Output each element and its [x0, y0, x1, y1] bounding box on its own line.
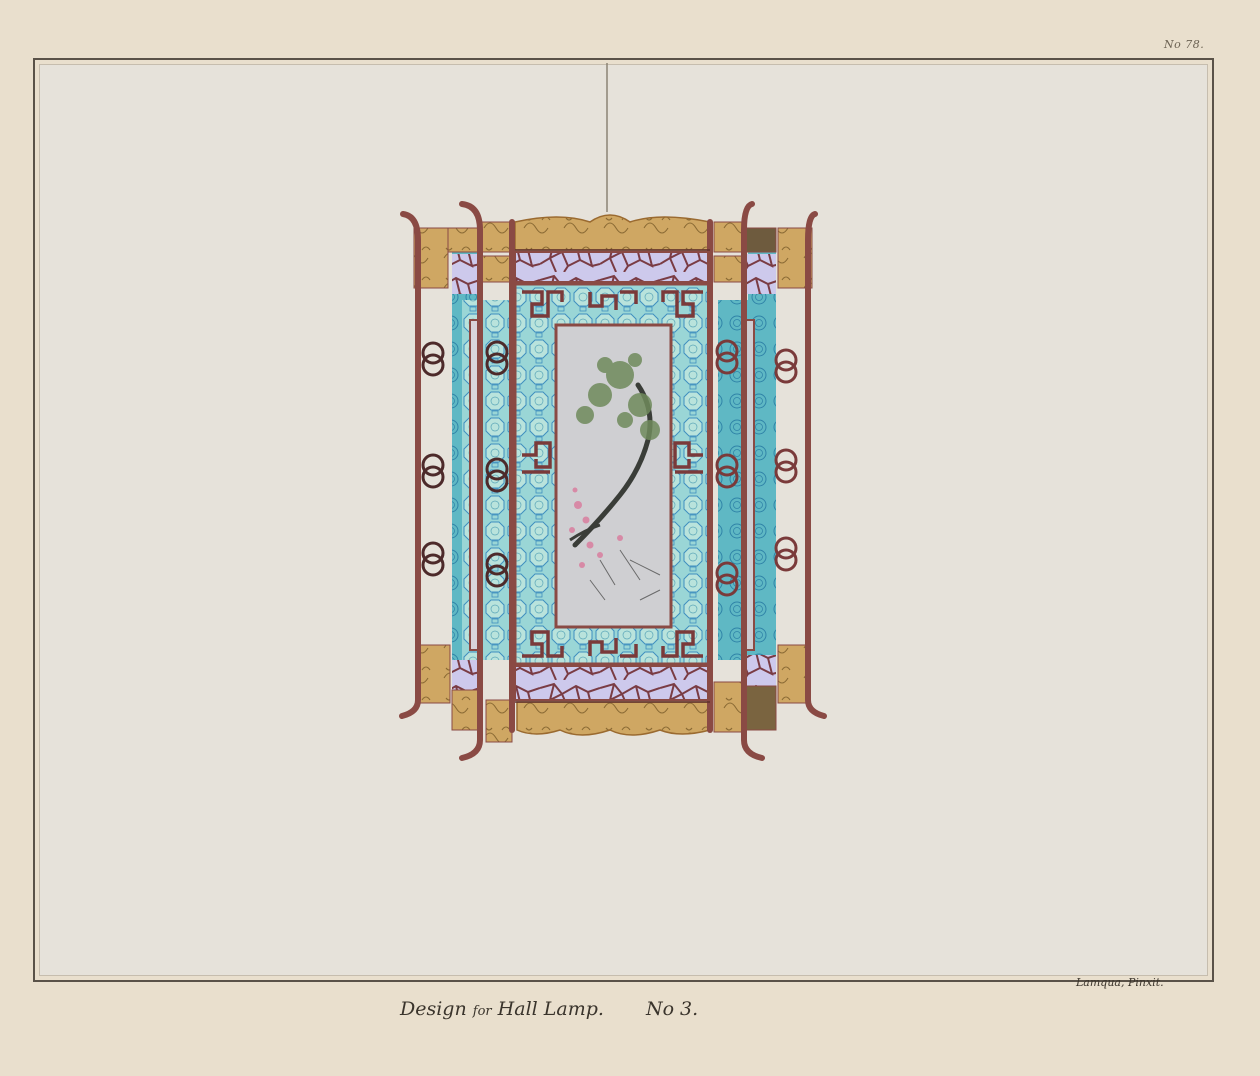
artist-signature: Lamqua, Pinxit.: [1076, 976, 1164, 989]
caption-number: No 3.: [646, 998, 698, 1020]
hall-lamp-illustration: [0, 0, 1260, 1076]
bottom-ice-band: [515, 666, 710, 700]
top-ice-band: [515, 252, 710, 282]
top-crown: [515, 215, 710, 250]
caption-for: for: [473, 1004, 492, 1019]
bottom-skirt: [517, 702, 710, 735]
caption-subject: Hall Lamp.: [498, 998, 604, 1020]
sheet-caption: Design for Hall Lamp.No 3.: [400, 998, 698, 1020]
caption-design: Design: [400, 998, 467, 1020]
